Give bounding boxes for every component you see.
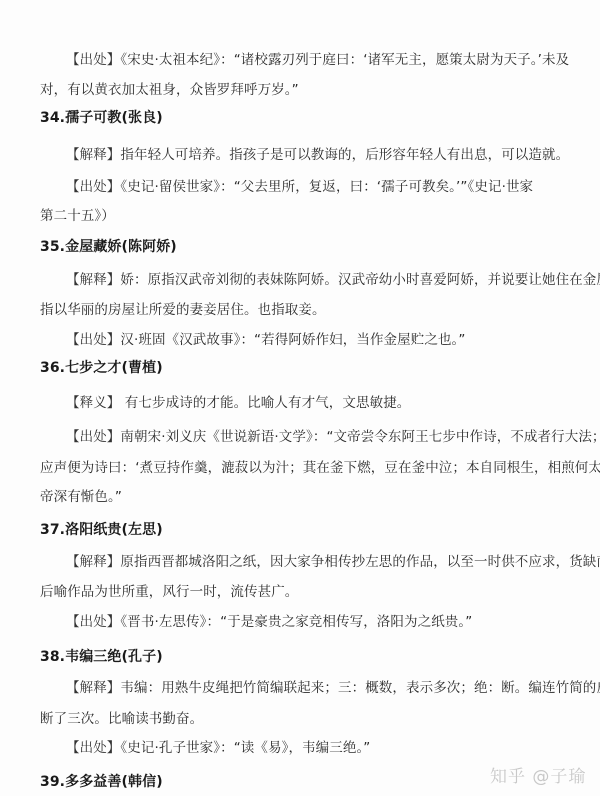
section-tag: 【解释】	[66, 680, 120, 696]
idiom-heading: 34.孺子可教(张良)	[40, 109, 560, 127]
section-tag: 【解释】	[66, 272, 120, 288]
line-text: 指以华丽的房屋让所爱的妻妾居住。也指取妾。	[40, 302, 326, 318]
line-text: 韦编：用熟牛皮绳把竹简编联起来；三：概数，表示多次；绝：断。编连竹简的皮绳	[120, 680, 600, 696]
paragraph-line: 【出处】《史记·留侯世家》：“父去里所，复返，曰：‘孺子可教矣。’”《史记·世家	[66, 178, 586, 196]
line-text: 37.洛阳纸贵(左思)	[40, 522, 163, 538]
line-text: 第二十五》）	[40, 208, 115, 224]
section-tag: 【出处】	[66, 614, 120, 630]
paragraph-line: 断了三次。比喻读书勤奋。	[40, 710, 560, 728]
idiom-heading: 37.洛阳纸贵(左思)	[40, 521, 560, 539]
line-text: 34.孺子可教(张良)	[40, 110, 163, 126]
section-tag: 【出处】	[66, 429, 120, 445]
line-text: 原指西晋都城洛阳之纸，因大家争相传抄左思的作品，以至一时供不应求，货缺而贵。	[120, 554, 600, 570]
section-tag: 【出处】	[66, 740, 120, 756]
section-tag: 【出处】	[66, 179, 120, 195]
paragraph-line: 【出处】《宋史·太祖本纪》：“诸校露刃列于庭曰：‘诸军无主，愿策太尉为天子。’未…	[66, 51, 586, 69]
idiom-heading: 38.韦编三绝(孔子)	[40, 648, 560, 666]
line-text: 对，有以黄衣加太祖身，众皆罗拜呼万岁。”	[40, 82, 299, 98]
line-text: 《史记·孔子世家》：“读《易》，韦编三绝。”	[120, 740, 370, 756]
line-text: 《宋史·太祖本纪》：“诸校露刃列于庭曰：‘诸军无主，愿策太尉为天子。’未及	[120, 52, 569, 68]
paragraph-line: 应声便为诗曰：‘煮豆持作羹，漉菽以为汁；萁在釜下燃，豆在釜中泣；本自同根生，相煎…	[40, 459, 560, 477]
paragraph-line: 【解释】韦编：用熟牛皮绳把竹简编联起来；三：概数，表示多次；绝：断。编连竹简的皮…	[66, 679, 586, 697]
line-text: 娇：原指汉武帝刘彻的表妹陈阿娇。汉武帝幼小时喜爱阿娇，并说要让她住在金屋里。	[120, 272, 600, 288]
paragraph-line: 指以华丽的房屋让所爱的妻妾居住。也指取妾。	[40, 301, 560, 319]
section-tag: 【释义】	[66, 395, 120, 411]
section-tag: 【解释】	[66, 147, 120, 163]
paragraph-line: 帝深有惭色。”	[40, 488, 560, 506]
idiom-heading: 36.七步之才(曹植)	[40, 359, 560, 377]
line-text: 帝深有惭色。”	[40, 489, 122, 505]
paragraph-line: 【解释】指年轻人可培养。指孩子是可以教诲的，后形容年轻人有出息，可以造就。	[66, 146, 586, 164]
section-tag: 【出处】	[66, 52, 120, 68]
line-text: 后喻作品为世所重，风行一时，流传甚广。	[40, 584, 298, 600]
line-text: 南朝宋·刘义庆《世说新语·文学》：“文帝尝令东阿王七步中作诗，不成者行大法；	[120, 429, 600, 445]
idiom-heading: 39.多多益善(韩信)	[40, 773, 560, 791]
line-text: 断了三次。比喻读书勤奋。	[40, 711, 203, 727]
paragraph-line: 【出处】《晋书·左思传》：“于是豪贵之家竞相传写，洛阳为之纸贵。”	[66, 613, 586, 631]
paragraph-line: 【释义】 有七步成诗的才能。比喻人有才气，文思敏捷。	[66, 394, 586, 412]
zhihu-watermark: 知乎 @子瑜	[490, 762, 586, 787]
idiom-heading: 35.金屋藏娇(陈阿娇)	[40, 238, 560, 256]
paragraph-line: 【解释】原指西晋都城洛阳之纸，因大家争相传抄左思的作品，以至一时供不应求，货缺而…	[66, 553, 586, 571]
line-text: 39.多多益善(韩信)	[40, 774, 163, 790]
paragraph-line: 第二十五》）	[40, 207, 560, 225]
section-tag: 【出处】	[66, 332, 120, 348]
section-tag: 【解释】	[66, 554, 120, 570]
paragraph-line: 对，有以黄衣加太祖身，众皆罗拜呼万岁。”	[40, 81, 560, 99]
paragraph-line: 【出处】汉·班固《汉武故事》：“若得阿娇作妇，当作金屋贮之也。”	[66, 331, 586, 349]
line-text: 38.韦编三绝(孔子)	[40, 649, 163, 665]
paragraph-line: 【出处】《史记·孔子世家》：“读《易》，韦编三绝。”	[66, 739, 586, 757]
line-text: 《晋书·左思传》：“于是豪贵之家竞相传写，洛阳为之纸贵。”	[120, 614, 472, 630]
line-text: 有七步成诗的才能。比喻人有才气，文思敏捷。	[120, 395, 410, 411]
line-text: 36.七步之才(曹植)	[40, 360, 163, 376]
line-text: 应声便为诗曰：‘煮豆持作羹，漉菽以为汁；萁在釜下燃，豆在釜中泣；本自同根生，相煎…	[40, 460, 600, 476]
paragraph-line: 【解释】娇：原指汉武帝刘彻的表妹陈阿娇。汉武帝幼小时喜爱阿娇，并说要让她住在金屋…	[66, 271, 586, 289]
line-text: 汉·班固《汉武故事》：“若得阿娇作妇，当作金屋贮之也。”	[120, 332, 465, 348]
paragraph-line: 【出处】南朝宋·刘义庆《世说新语·文学》：“文帝尝令东阿王七步中作诗，不成者行大…	[66, 428, 586, 446]
line-text: 指年轻人可培养。指孩子是可以教诲的，后形容年轻人有出息，可以造就。	[120, 147, 569, 163]
line-text: 《史记·留侯世家》：“父去里所，复返，曰：‘孺子可教矣。’”《史记·世家	[120, 179, 533, 195]
line-text: 35.金屋藏娇(陈阿娇)	[40, 239, 177, 255]
paragraph-line: 后喻作品为世所重，风行一时，流传甚广。	[40, 583, 560, 601]
